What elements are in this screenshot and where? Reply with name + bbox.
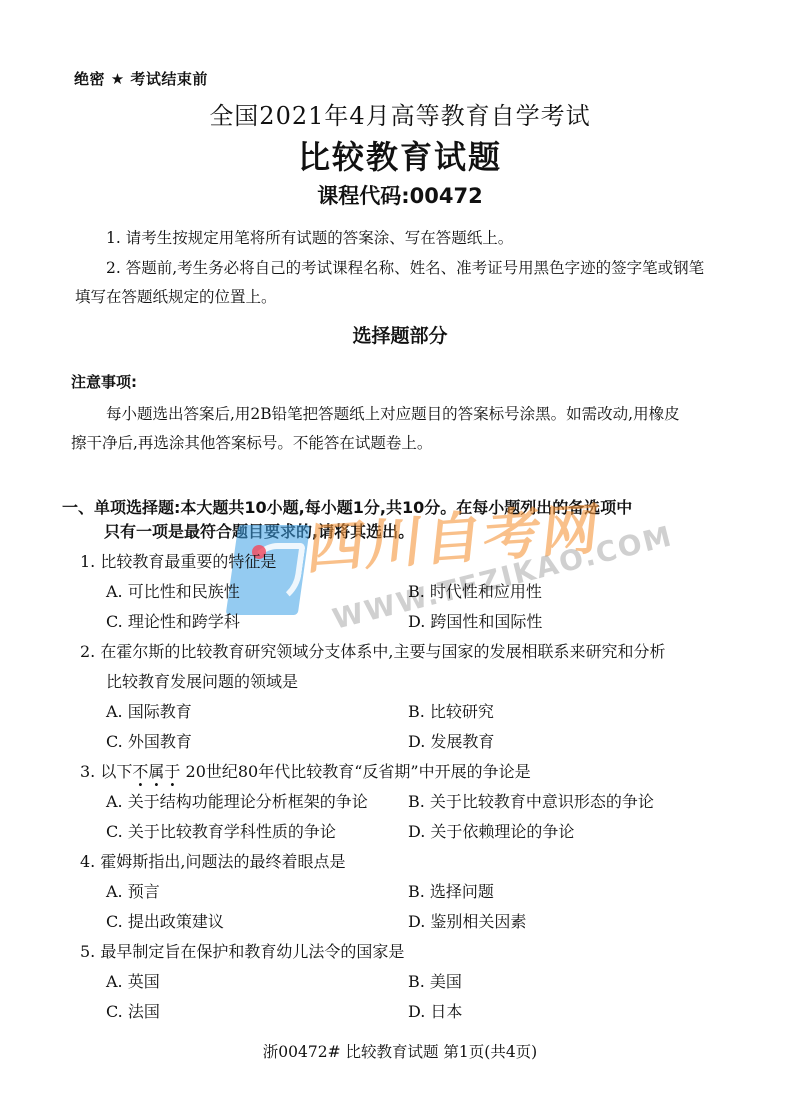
option-2b[interactable]: B. 比较研究 <box>408 699 494 722</box>
option-2c[interactable]: C. 外国教育 <box>106 729 192 752</box>
option-3a[interactable]: A. 关于结构功能理论分析框架的争论 <box>106 789 368 812</box>
option-5b[interactable]: B. 美国 <box>408 969 462 992</box>
section-title: 选择题部分 <box>0 321 800 348</box>
question-stem: 比较教育最重要的特征是 <box>100 552 276 571</box>
exam-title: 全国2021年4月高等教育自学考试 <box>0 96 800 131</box>
option-1a[interactable]: A. 可比性和民族性 <box>106 579 240 602</box>
option-1b[interactable]: B. 时代性和应用性 <box>408 579 542 602</box>
option-4b[interactable]: B. 选择问题 <box>408 879 494 902</box>
instruction-2-line2: 填写在答题纸规定的位置上。 <box>75 285 277 307</box>
question-number: 2. <box>80 642 95 661</box>
question-stem: 最早制定旨在保护和教育幼儿法令的国家是 <box>100 942 404 961</box>
question-stem-line1: 在霍尔斯的比较教育研究领域分支体系中,主要与国家的发展相联系来研究和分析 <box>100 642 665 661</box>
option-2d[interactable]: D. 发展教育 <box>408 729 494 752</box>
instruction-1: 1. 请考生按规定用笔将所有试题的答案涂、写在答题纸上。 <box>106 226 513 248</box>
question-1: 1. 比较教育最重要的特征是 <box>80 549 276 572</box>
part-heading-line1: 一、单项选择题:本大题共10小题,每小题1分,共10分。在每小题列出的备选项中 <box>62 495 632 518</box>
question-number: 5. <box>80 942 95 961</box>
confidential-mark: 绝密 ★ 考试结束前 <box>74 68 208 89</box>
page-footer: 浙00472# 比较教育试题 第1页(共4页) <box>0 1040 800 1062</box>
option-3d[interactable]: D. 关于依赖理论的争论 <box>408 819 574 842</box>
part-heading-line2: 只有一项是最符合题目要求的,请将其选出。 <box>104 519 414 542</box>
emphasis-char: 属 <box>148 759 164 782</box>
question-3: 3. 以下不属于 20世纪80年代比较教育“反省期”中开展的争论是 <box>80 759 531 782</box>
question-2-stem-line2: 比较教育发展问题的领域是 <box>106 669 298 692</box>
option-5a[interactable]: A. 英国 <box>106 969 160 992</box>
option-3c[interactable]: C. 关于比较教育学科性质的争论 <box>106 819 336 842</box>
option-1c[interactable]: C. 理论性和跨学科 <box>106 609 240 632</box>
option-1d[interactable]: D. 跨国性和国际性 <box>408 609 542 632</box>
question-stem-pre: 以下 <box>100 762 132 781</box>
emphasis-char: 于 <box>164 759 180 782</box>
option-4d[interactable]: D. 鉴别相关因素 <box>408 909 526 932</box>
option-5c[interactable]: C. 法国 <box>106 999 160 1022</box>
question-number: 4. <box>80 852 95 871</box>
option-4a[interactable]: A. 预言 <box>106 879 160 902</box>
question-2: 2. 在霍尔斯的比较教育研究领域分支体系中,主要与国家的发展相联系来研究和分析 <box>80 639 665 662</box>
option-4c[interactable]: C. 提出政策建议 <box>106 909 224 932</box>
option-3b[interactable]: B. 关于比较教育中意识形态的争论 <box>408 789 654 812</box>
course-code: 课程代码:00472 <box>0 180 800 210</box>
notice-line2: 擦干净后,再选涂其他答案标号。不能答在试题卷上。 <box>71 431 432 453</box>
option-5d[interactable]: D. 日本 <box>408 999 462 1022</box>
notice-line1: 每小题选出答案后,用2B铅笔把答题纸上对应题目的答案标号涂黑。如需改动,用橡皮 <box>106 402 680 424</box>
option-2a[interactable]: A. 国际教育 <box>106 699 192 722</box>
question-number: 3. <box>80 762 95 781</box>
notice-label: 注意事项: <box>71 371 137 392</box>
question-stem-post: 20世纪80年代比较教育“反省期”中开展的争论是 <box>186 762 531 781</box>
question-5: 5. 最早制定旨在保护和教育幼儿法令的国家是 <box>80 939 404 962</box>
subject-title: 比较教育试题 <box>0 132 800 178</box>
question-stem: 霍姆斯指出,问题法的最终着眼点是 <box>100 852 345 871</box>
question-4: 4. 霍姆斯指出,问题法的最终着眼点是 <box>80 849 345 872</box>
question-number: 1. <box>80 552 95 571</box>
emphasis-char: 不 <box>132 759 148 782</box>
instruction-2-line1: 2. 答题前,考生务必将自己的考试课程名称、姓名、准考证号用黑色字迹的签字笔或钢… <box>106 256 704 278</box>
